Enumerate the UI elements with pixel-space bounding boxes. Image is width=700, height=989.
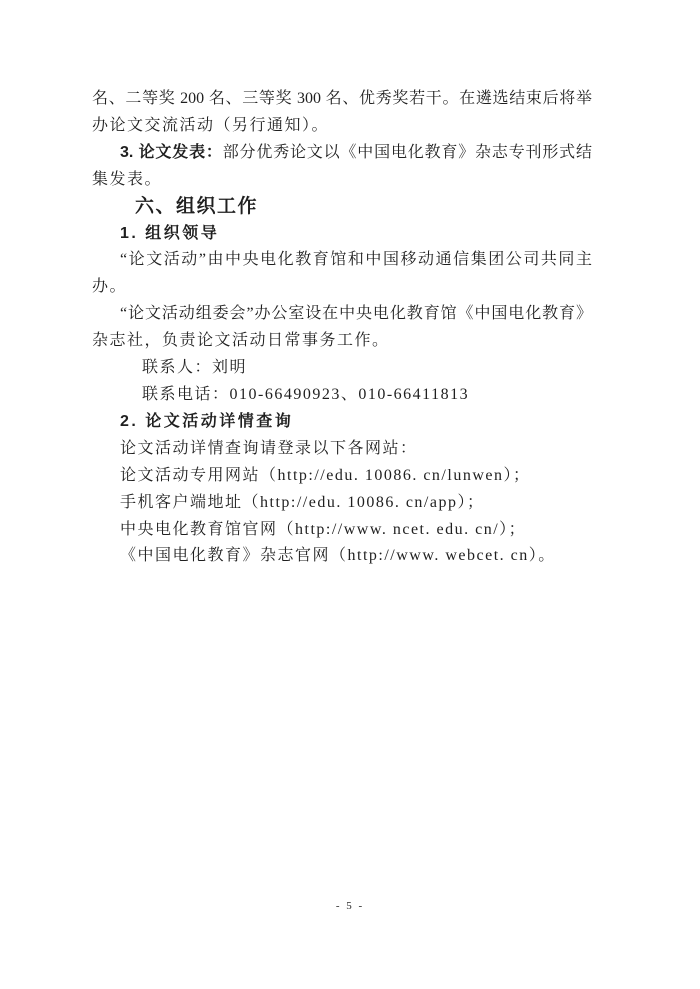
body-line: 杂志社，负责论文活动日常事务工作。 bbox=[92, 328, 592, 355]
page-number: - 5 - bbox=[0, 900, 700, 912]
body-line: 集发表。 bbox=[92, 167, 592, 194]
url-line: 论文活动专用网站（http://edu. 10086. cn/lunwen）； bbox=[92, 463, 592, 490]
subsection-heading: 1. 组织领导 bbox=[92, 221, 592, 248]
url-line: 中央电化教育馆官网（http://www. ncet. edu. cn/）； bbox=[92, 517, 592, 544]
subsection-heading: 2. 论文活动详情查询 bbox=[92, 409, 592, 436]
body-line: “论文活动组委会”办公室设在中央电化教育馆《中国电化教育》 bbox=[92, 301, 592, 328]
body-line: 3. 论文发表：部分优秀论文以《中国电化教育》杂志专刊形式结 bbox=[92, 140, 592, 167]
document-page: 名、二等奖 200 名、三等奖 300 名、优秀奖若干。在遴选结束后将举 办论文… bbox=[0, 0, 700, 989]
url-line: 《中国电化教育》杂志官网（http://www. webcet. cn）。 bbox=[92, 543, 592, 570]
run-regular: 部分优秀论文以《中国电化教育》杂志专刊形式结 bbox=[223, 144, 592, 161]
contact-name-line: 联系人：刘明 bbox=[92, 355, 592, 382]
document-body: 名、二等奖 200 名、三等奖 300 名、优秀奖若干。在遴选结束后将举 办论文… bbox=[92, 86, 592, 570]
url-line: 手机客户端地址（http://edu. 10086. cn/app）； bbox=[92, 490, 592, 517]
section-heading: 六、组织工作 bbox=[92, 194, 592, 221]
body-line: 办论文交流活动（另行通知）。 bbox=[92, 113, 592, 140]
body-line: “论文活动”由中央电化教育馆和中国移动通信集团公司共同主 bbox=[92, 247, 592, 274]
body-line: 办。 bbox=[92, 274, 592, 301]
body-line: 论文活动详情查询请登录以下各网站： bbox=[92, 436, 592, 463]
contact-phone-line: 联系电话：010-66490923、010-66411813 bbox=[92, 382, 592, 409]
body-line: 名、二等奖 200 名、三等奖 300 名、优秀奖若干。在遴选结束后将举 bbox=[92, 86, 592, 113]
run-bold-label: 3. 论文发表： bbox=[120, 144, 223, 161]
